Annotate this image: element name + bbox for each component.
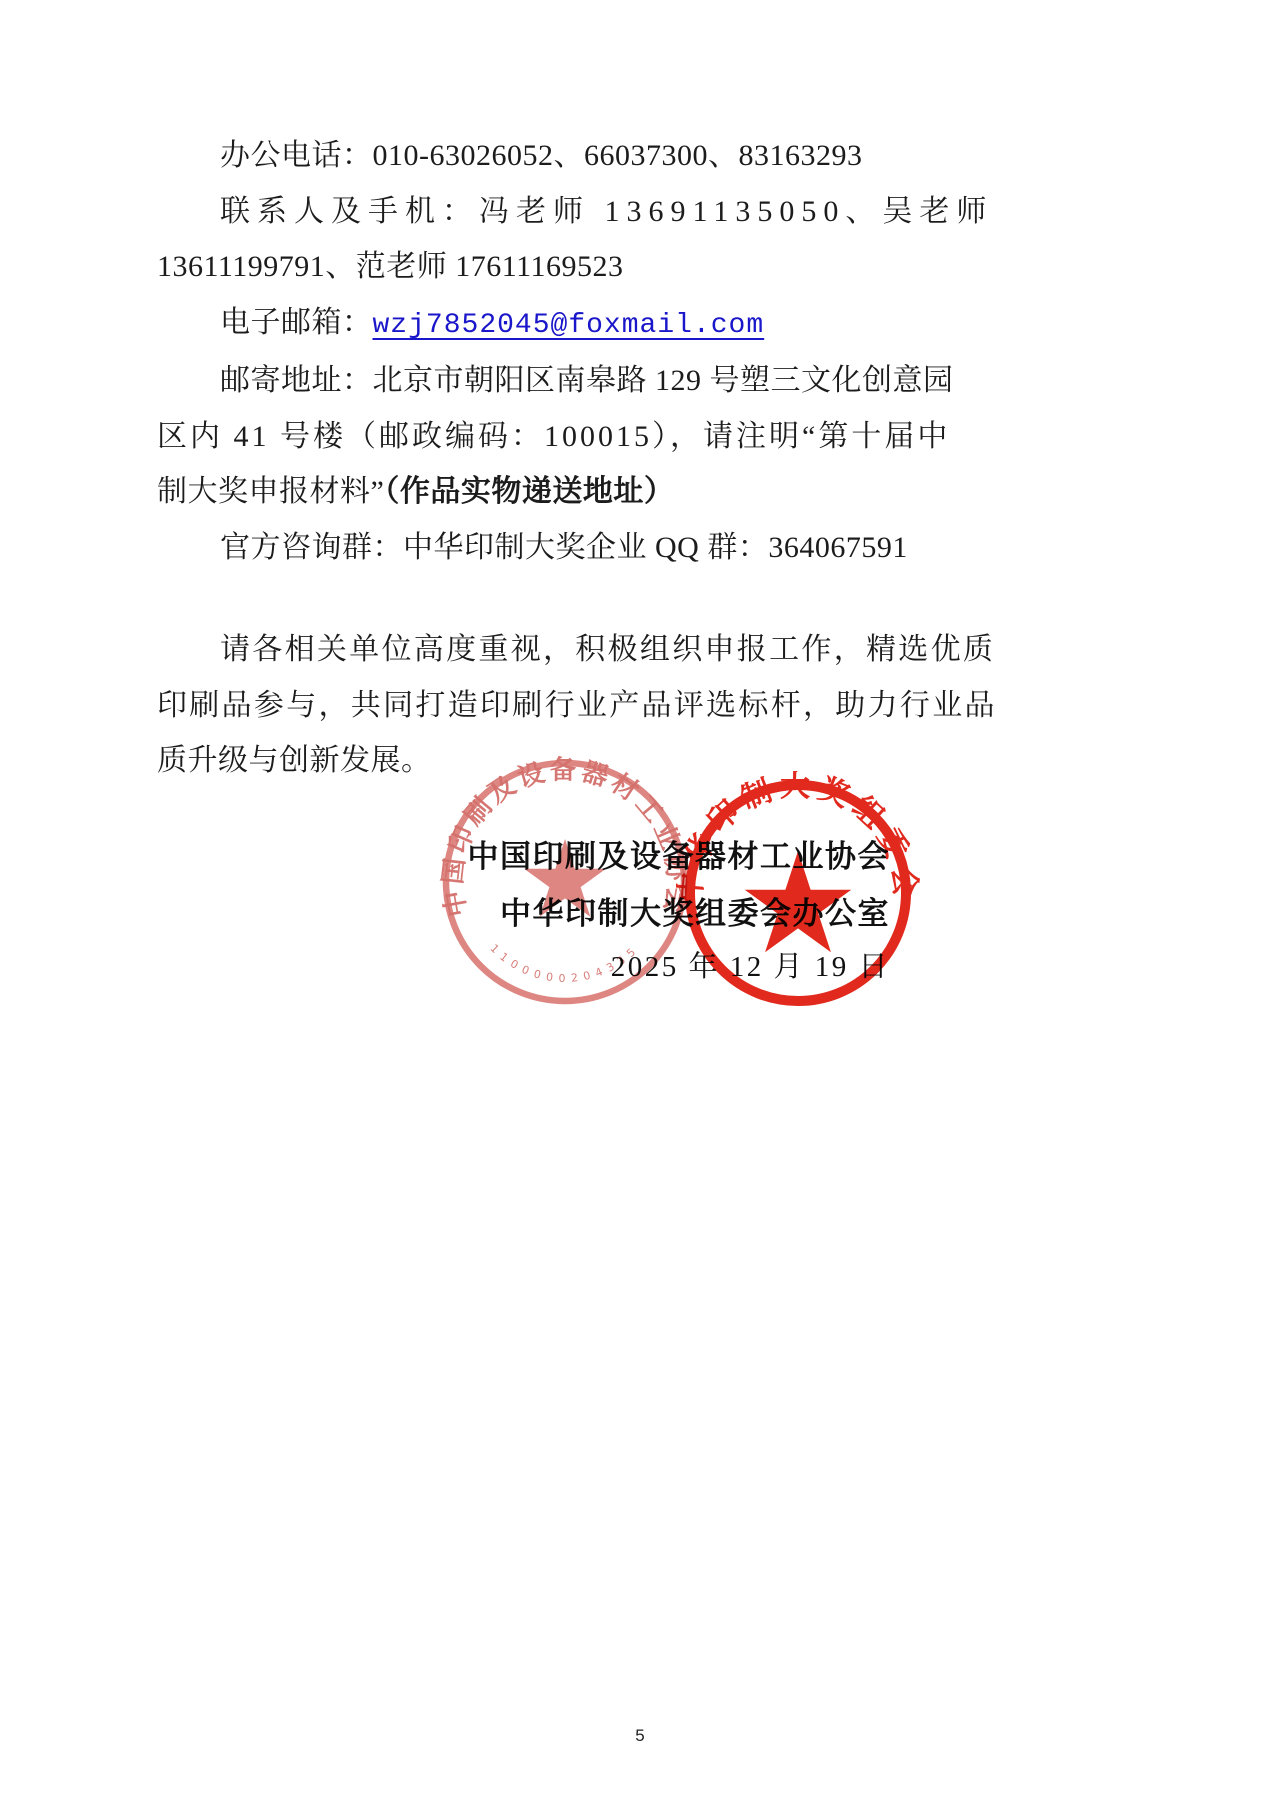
mail-address-line-3: 制大奖申报材料”（作品实物递送地址）	[157, 464, 969, 520]
office-phone-line: 办公电话：010-63026052、66037300、83163293	[157, 128, 969, 184]
signature-block: 中国印刷及设备器材工业协会 中华印制大奖组委会办公室 2025 年 12 月 1…	[468, 828, 891, 992]
signature-date: 2025 年 12 月 19 日	[468, 942, 891, 992]
closing-line-2: 印刷品参与，共同打造印刷行业产品评选标杆，助力行业品	[157, 678, 969, 734]
address-line-3-normal: 制大奖申报材料”	[157, 475, 384, 508]
email-label: 电子邮箱：	[220, 306, 373, 339]
email-line: 电子邮箱：wzj7852045@foxmail.com	[157, 295, 969, 354]
contact-line-2: 13611199791、范老师 17611169523	[157, 239, 969, 295]
contact-line-1: 联系人及手机：冯老师 13691135050、吴老师	[157, 184, 969, 240]
page-number: 5	[0, 1726, 1280, 1746]
signature-org-1: 中国印刷及设备器材工业协会	[468, 828, 891, 885]
document-page: 办公电话：010-63026052、66037300、83163293 联系人及…	[0, 0, 1280, 1810]
qq-group-line: 官方咨询群：中华印制大奖企业 QQ 群：364067591	[157, 520, 969, 576]
paragraph-gap	[157, 575, 969, 622]
closing-line-1: 请各相关单位高度重视，积极组织申报工作，精选优质	[157, 622, 969, 678]
email-hyperlink[interactable]: wzj7852045@foxmail.com	[373, 310, 765, 341]
mail-address-line-1: 邮寄地址：北京市朝阳区南皋路 129 号塑三文化创意园	[157, 353, 969, 409]
mail-address-line-2: 区内 41 号楼（邮政编码：100015），请注明“第十届中	[157, 409, 969, 465]
address-line-3-bold: （作品实物递送地址）	[384, 475, 674, 508]
closing-line-3: 质升级与创新发展。	[157, 733, 969, 789]
signature-org-2: 中华印制大奖组委会办公室	[468, 885, 891, 942]
document-body: 办公电话：010-63026052、66037300、83163293 联系人及…	[157, 128, 969, 789]
